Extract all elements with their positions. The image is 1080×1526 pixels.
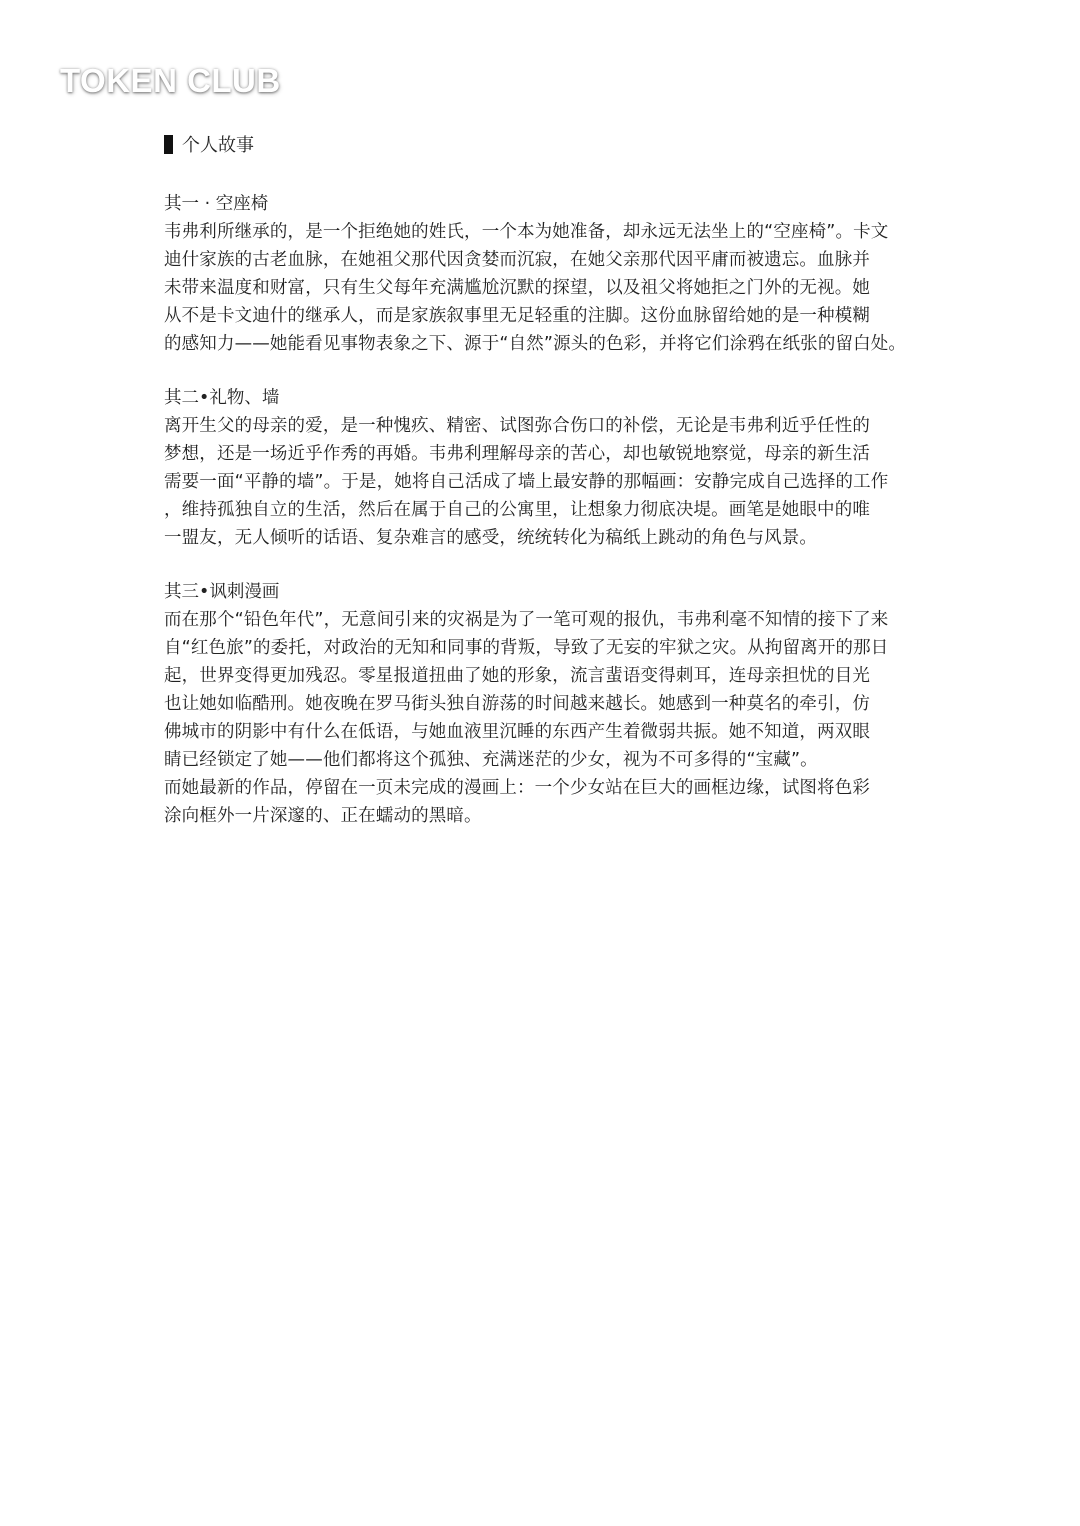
section-heading: 个人故事 bbox=[164, 130, 954, 158]
paragraph-line: 一盟友，无人倾听的话语、复杂难言的感受，统统转化为稿纸上跳动的角色与风景。 bbox=[164, 524, 954, 552]
paragraph-line: 从不是卡文迪什的继承人，而是家族叙事里无足轻重的注脚。这份血脉留给她的是一种模糊 bbox=[164, 302, 954, 330]
paragraph-line: 佛城市的阴影中有什么在低语，与她血液里沉睡的东西产生着微弱共振。她不知道，两双眼 bbox=[164, 718, 954, 746]
paragraph-line: 离开生父的母亲的爱，是一种愧疚、精密、试图弥合伤口的补偿，无论是韦弗利近乎任性的 bbox=[164, 412, 954, 440]
paragraph-line: 自“红色旅”的委托，对政治的无知和同事的背叛，导致了无妄的牢狱之灾。从拘留离开的… bbox=[164, 634, 954, 662]
story-1: 其一 · 空座椅 韦弗利所继承的，是一个拒绝她的姓氏，一个本为她准备，却永远无法… bbox=[164, 190, 954, 358]
paragraph-line: 起，世界变得更加残忍。零星报道扭曲了她的形象，流言蜚语变得刺耳，连母亲担忧的目光 bbox=[164, 662, 954, 690]
paragraph-line: 睛已经锁定了她——他们都将这个孤独、充满迷茫的少女，视为不可多得的“宝藏”。 bbox=[164, 746, 954, 774]
paragraph-line: 的感知力——她能看见事物表象之下、源于“自然”源头的色彩，并将它们涂鸦在纸张的留… bbox=[164, 330, 954, 358]
paragraph-line: 也让她如临酷刑。她夜晚在罗马街头独自游荡的时间越来越长。她感到一种莫名的牵引，仿 bbox=[164, 690, 954, 718]
paragraph-line: 韦弗利所继承的，是一个拒绝她的姓氏，一个本为她准备，却永远无法坐上的“空座椅”。… bbox=[164, 218, 954, 246]
document-content: 个人故事 其一 · 空座椅 韦弗利所继承的，是一个拒绝她的姓氏，一个本为她准备，… bbox=[164, 130, 954, 856]
watermark-logo: TOKEN CLUB bbox=[60, 64, 281, 97]
section-title: 个人故事 bbox=[182, 131, 254, 157]
paragraph-line: 涂向框外一片深邃的、正在蠕动的黑暗。 bbox=[164, 802, 954, 830]
paragraph-line: 梦想，还是一场近乎作秀的再婚。韦弗利理解母亲的苦心，却也敏锐地察觉，母亲的新生活 bbox=[164, 440, 954, 468]
paragraph-line: 迪什家族的古老血脉，在她祖父那代因贪婪而沉寂，在她父亲那代因平庸而被遗忘。血脉并 bbox=[164, 246, 954, 274]
paragraph-line: ，维持孤独自立的生活，然后在属于自己的公寓里，让想象力彻底决堤。画笔是她眼中的唯 bbox=[164, 496, 954, 524]
story-3: 其三•讽刺漫画 而在那个“铅色年代”，无意间引来的灾祸是为了一笔可观的报仇，韦弗… bbox=[164, 578, 954, 830]
story-title: 其二•礼物、墙 bbox=[164, 384, 954, 412]
paragraph-line: 未带来温度和财富，只有生父每年充满尴尬沉默的探望，以及祖父将她拒之门外的无视。她 bbox=[164, 274, 954, 302]
story-title: 其三•讽刺漫画 bbox=[164, 578, 954, 606]
story-title: 其一 · 空座椅 bbox=[164, 190, 954, 218]
story-2: 其二•礼物、墙 离开生父的母亲的爱，是一种愧疚、精密、试图弥合伤口的补偿，无论是… bbox=[164, 384, 954, 552]
heading-bar-marker bbox=[164, 135, 173, 154]
paragraph-line: 而在那个“铅色年代”，无意间引来的灾祸是为了一笔可观的报仇，韦弗利毫不知情的接下… bbox=[164, 606, 954, 634]
paragraph-line: 需要一面“平静的墙”。于是，她将自己活成了墙上最安静的那幅画：安静完成自己选择的… bbox=[164, 468, 954, 496]
paragraph-line: 而她最新的作品，停留在一页未完成的漫画上：一个少女站在巨大的画框边缘，试图将色彩 bbox=[164, 774, 954, 802]
